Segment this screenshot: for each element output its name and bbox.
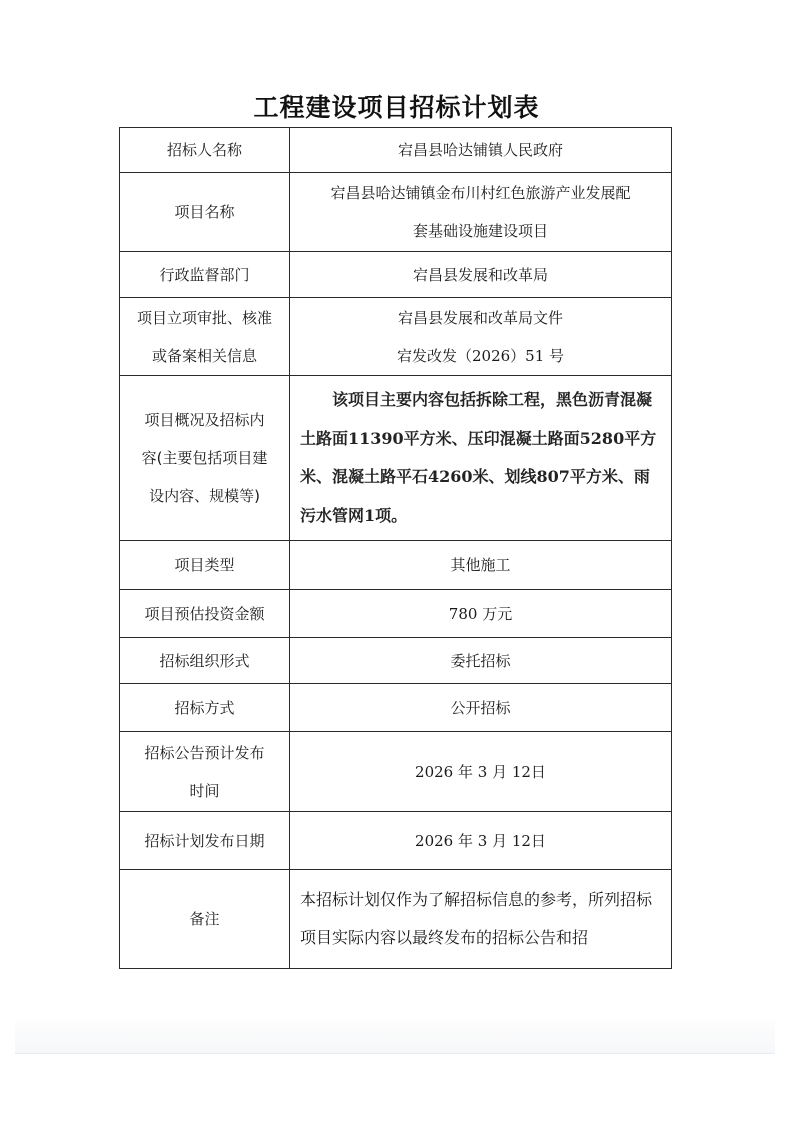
row-label: 招标计划发布日期 [120,812,290,870]
row-label-line: 项目立项审批、核准 [120,299,289,337]
table-row-supervision-dept: 行政监督部门 宕昌县发展和改革局 [120,252,672,298]
row-label: 招标人名称 [120,128,290,173]
row-value: 2026 年 3 月 12日 [290,812,672,870]
row-label: 招标公告预计发布 时间 [120,732,290,812]
row-value: 780 万元 [290,590,672,638]
scan-artifact-band [15,1020,775,1054]
row-value: 委托招标 [290,638,672,684]
table-row-project-overview: 项目概况及招标内 容(主要包括项目建 设内容、规模等) 该项目主要内容包括拆除工… [120,376,672,541]
table-row-approval-info: 项目立项审批、核准 或备案相关信息 宕昌县发展和改革局文件 宕发改发（2026）… [120,298,672,376]
table-row-organization-form: 招标组织形式 委托招标 [120,638,672,684]
table-row-announcement-time: 招标公告预计发布 时间 2026 年 3 月 12日 [120,732,672,812]
row-label-line: 时间 [120,772,289,810]
row-value: 宕昌县哈达铺镇金布川村红色旅游产业发展配 套基础设施建设项目 [290,173,672,252]
row-label: 项目名称 [120,173,290,252]
row-label-line: 招标公告预计发布 [120,734,289,772]
row-label: 项目预估投资金额 [120,590,290,638]
row-label: 备注 [120,870,290,969]
row-value-line: 套基础设施建设项目 [290,212,671,250]
row-value: 宕昌县发展和改革局文件 宕发改发（2026）51 号 [290,298,672,376]
tender-plan-table: 招标人名称 宕昌县哈达铺镇人民政府 项目名称 宕昌县哈达铺镇金布川村红色旅游产业… [119,127,672,969]
row-value: 公开招标 [290,684,672,732]
row-label: 招标方式 [120,684,290,732]
row-label: 招标组织形式 [120,638,290,684]
row-label-line: 或备案相关信息 [120,337,289,375]
table-row-remarks: 备注 本招标计划仅作为了解招标信息的参考，所列招标项目实际内容以最终发布的招标公… [120,870,672,969]
row-label: 项目立项审批、核准 或备案相关信息 [120,298,290,376]
row-value: 其他施工 [290,541,672,590]
row-value-line: 宕发改发（2026）51 号 [290,337,671,375]
page-title: 工程建设项目招标计划表 [0,88,793,124]
row-value: 该项目主要内容包括拆除工程，黑色沥青混凝土路面11390平方米、压印混凝土路面5… [290,376,672,541]
row-label: 行政监督部门 [120,252,290,298]
row-label-line: 设内容、规模等) [120,477,289,515]
row-value: 本招标计划仅作为了解招标信息的参考，所列招标项目实际内容以最终发布的招标公告和招 [290,870,672,969]
row-value: 宕昌县发展和改革局 [290,252,672,298]
row-value-line: 宕昌县哈达铺镇金布川村红色旅游产业发展配 [290,174,671,212]
row-value: 宕昌县哈达铺镇人民政府 [290,128,672,173]
table-row-project-name: 项目名称 宕昌县哈达铺镇金布川村红色旅游产业发展配 套基础设施建设项目 [120,173,672,252]
table-row-project-type: 项目类型 其他施工 [120,541,672,590]
row-value: 2026 年 3 月 12日 [290,732,672,812]
table-row-plan-publish-date: 招标计划发布日期 2026 年 3 月 12日 [120,812,672,870]
row-value-line: 宕昌县发展和改革局文件 [290,299,671,337]
row-label: 项目概况及招标内 容(主要包括项目建 设内容、规模等) [120,376,290,541]
table-row-tender-method: 招标方式 公开招标 [120,684,672,732]
row-label-line: 容(主要包括项目建 [120,439,289,477]
row-label-line: 项目概况及招标内 [120,401,289,439]
row-label: 项目类型 [120,541,290,590]
table-row-tenderer: 招标人名称 宕昌县哈达铺镇人民政府 [120,128,672,173]
table-row-investment: 项目预估投资金额 780 万元 [120,590,672,638]
